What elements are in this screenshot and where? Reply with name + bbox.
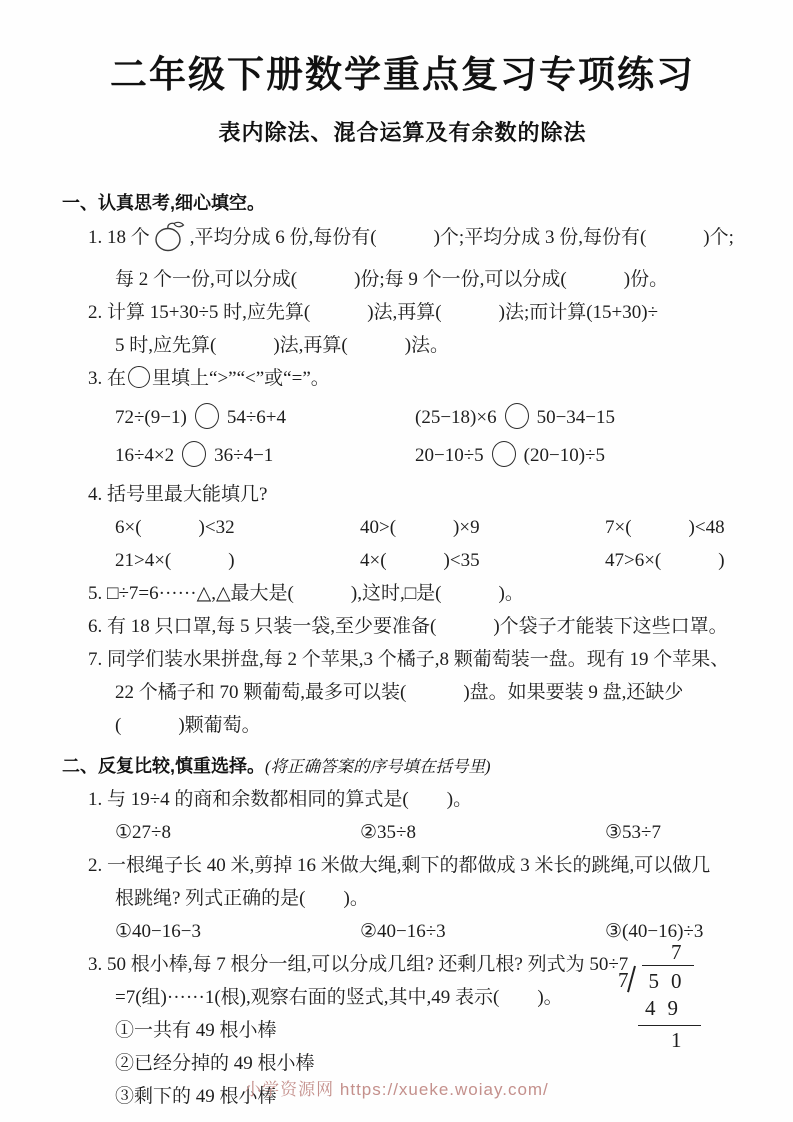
s1-q4-stem: 4. 括号里最大能填几? (62, 478, 743, 511)
s1-q1-line2: 每 2 个一份,可以分成( )份;每 9 个一份,可以分成( )份。 (62, 263, 743, 296)
s1-q7-line3: ( )颗葡萄。 (62, 709, 743, 742)
long-division: 7 7 50 49 1 (618, 940, 701, 1053)
compare-right: (20−10)÷5 (524, 445, 605, 466)
compare-left: 72÷(9−1) (115, 407, 187, 428)
long-division-quotient: 7 (618, 940, 701, 965)
section2-header-note: (将正确答案的序号填在括号里) (265, 757, 491, 776)
compare-left: 16÷4×2 (115, 445, 174, 466)
s2-q2-line2: 根跳绳? 列式正确的是( )。 (62, 882, 743, 915)
comparison-circle-blank (195, 403, 219, 429)
max-fill-cell: 6×( )<32 (115, 511, 360, 544)
watermark-footer: 小学资源网 https://xueke.woiay.com/ (0, 1075, 793, 1100)
option-1: ①40−16−3 (115, 915, 360, 948)
max-fill-cell: 40>( )×9 (360, 511, 605, 544)
comparison-circle-blank (505, 403, 529, 429)
comparison-circle-blank (492, 441, 516, 467)
worksheet-page: 二年级下册数学重点复习专项练习 表内除法、混合运算及有余数的除法 一、认真思考,… (0, 0, 793, 1122)
compare-left: 20−10÷5 (415, 445, 484, 466)
page-subtitle: 表内除法、混合运算及有余数的除法 (62, 116, 743, 147)
option-3: ③53÷7 (605, 816, 743, 849)
s1-q7-line2: 22 个橘子和 70 颗葡萄,最多可以装( )盘。如果要装 9 盘,还缺少 (62, 676, 743, 709)
s1-q1-line1: 1. 18 个,平均分成 6 份,每份有( )个;平均分成 3 份,每份有( )… (62, 220, 743, 263)
compare-right: 50−34−15 (537, 407, 615, 428)
s1-q1-text-b: ,平均分成 6 份,每份有( )个;平均分成 3 份,每份有( )个; (190, 227, 734, 248)
s1-q5: 5. □÷7=6······△,△最大是( ),这时,□是( )。 (62, 577, 743, 610)
s1-q4-row1: 6×( )<32 40>( )×9 7×( )<48 (62, 511, 743, 544)
max-fill-cell: 4×( )<35 (360, 544, 605, 577)
s1-q3-stem: 3. 在里填上“>”“<”或“=”。 (62, 362, 743, 395)
s2-q2-line1: 2. 一根绳子长 40 米,剪掉 16 米做大绳,剩下的都做成 3 米长的跳绳,… (62, 849, 743, 882)
worksheet-content: 二年级下册数学重点复习专项练习 表内除法、混合运算及有余数的除法 一、认真思考,… (0, 0, 793, 1113)
s1-q7-line1: 7. 同学们装水果拼盘,每 2 个苹果,3 个橘子,8 颗葡萄装一盘。现有 19… (62, 643, 743, 676)
page-title: 二年级下册数学重点复习专项练习 (62, 44, 743, 98)
option-2: ②40−16÷3 (360, 915, 605, 948)
compare-pair: 20−10÷5(20−10)÷5 (415, 437, 743, 475)
circle-blank-icon (128, 366, 150, 388)
s2-q1-options: ①27÷8 ②35÷8 ③53÷7 (62, 816, 743, 849)
s1-q3-text-post: 里填上“>”“<”或“=”。 (152, 368, 330, 389)
s2-q1-stem: 1. 与 19÷4 的商和余数都相同的算式是( )。 (62, 783, 743, 816)
long-division-product: 49 (638, 994, 701, 1025)
long-division-remainder: 1 (618, 1026, 701, 1053)
compare-pair: 72÷(9−1)54÷6+4 (115, 399, 415, 437)
apple-icon (151, 236, 189, 257)
comparison-circle-blank (182, 441, 206, 467)
section2-header: 二、反复比较,慎重选择。(将正确答案的序号填在括号里) (62, 750, 743, 783)
s1-q2-line1: 2. 计算 15+30÷5 时,应先算( )法,再算( )法;而计算(15+30… (62, 296, 743, 329)
max-fill-cell: 47>6×( ) (605, 544, 743, 577)
max-fill-cell: 21>4×( ) (115, 544, 360, 577)
s1-q3-compare-row1: 72÷(9−1)54÷6+4 (25−18)×650−34−15 (62, 399, 743, 437)
compare-right: 36÷4−1 (214, 445, 273, 466)
section2-header-main: 二、反复比较,慎重选择。 (62, 756, 265, 776)
section1-header: 一、认真思考,细心填空。 (62, 187, 743, 220)
compare-pair: (25−18)×650−34−15 (415, 399, 743, 437)
s1-q6: 6. 有 18 只口罩,每 5 只装一袋,至少要准备( )个袋子才能装下这些口罩… (62, 610, 743, 643)
option-2: ②35÷8 (360, 816, 605, 849)
compare-left: (25−18)×6 (415, 407, 497, 428)
s1-q2-line2: 5 时,应先算( )法,再算( )法。 (62, 329, 743, 362)
long-division-bracket-row: 7 50 (618, 965, 701, 994)
s1-q4-row2: 21>4×( ) 4×( )<35 47>6×( ) (62, 544, 743, 577)
s1-q1-text-a: 1. 18 个 (88, 227, 150, 248)
compare-pair: 16÷4×236÷4−1 (115, 437, 415, 475)
compare-right: 54÷6+4 (227, 407, 286, 428)
s1-q3-compare-row2: 16÷4×236÷4−1 20−10÷5(20−10)÷5 (62, 437, 743, 475)
long-division-dividend: 50 (642, 965, 694, 994)
division-bracket-icon (629, 965, 642, 994)
s1-q3-text-pre: 3. 在 (88, 368, 126, 389)
option-1: ①27÷8 (115, 816, 360, 849)
max-fill-cell: 7×( )<48 (605, 511, 743, 544)
